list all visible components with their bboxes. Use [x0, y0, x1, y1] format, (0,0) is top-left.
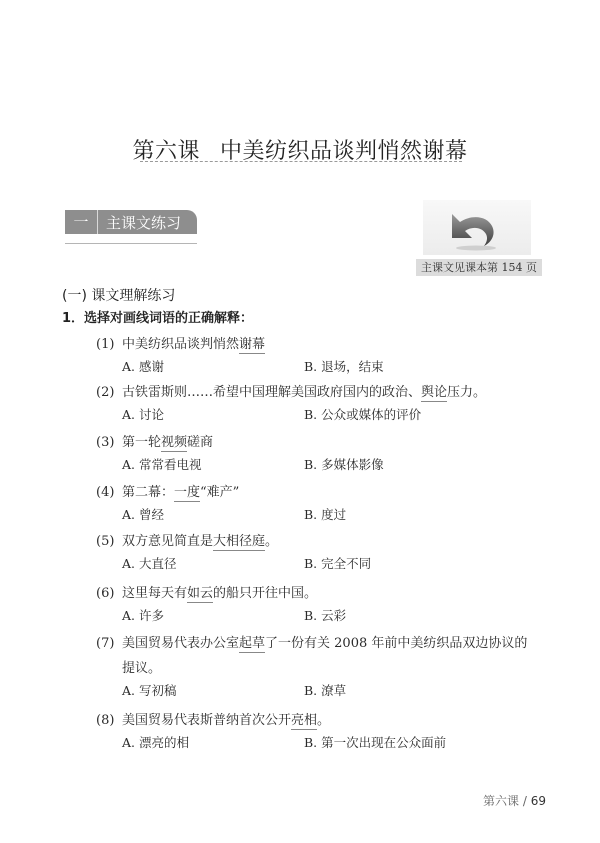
question-item-3: (3)第一轮视频磋商 A. 常常看电视B. 多媒体影像 [96, 431, 213, 473]
underlined-term: 大相径庭 [213, 534, 265, 551]
option-a[interactable]: A. 写初稿 [122, 681, 176, 699]
underlined-term: 谢幕 [239, 337, 265, 354]
question-item-6: (6)这里每天有如云的船只开往中国。 A. 许多B. 云彩 [96, 582, 317, 624]
section-divider [65, 243, 197, 244]
exercise-subheading: (一) 课文理解练习 [62, 285, 175, 305]
underlined-term: 一度 [174, 485, 200, 502]
item-text: 第二幕： [122, 485, 174, 500]
question-item-4: (4)第二幕：一度“难产” A. 曾经B. 度过 [96, 481, 239, 523]
option-a[interactable]: A. 大直径 [122, 554, 176, 572]
option-a[interactable]: A. 漂亮的相 [122, 733, 189, 751]
reference-page-label: 主课文见课本第 154 页 [416, 259, 542, 276]
section-tab: 一 主课文练习 [65, 210, 197, 234]
section-number: 一 [65, 210, 98, 234]
item-text: 。 [265, 534, 278, 549]
question-item-8: (8)美国贸易代表斯普纳首次公开亮相。 A. 漂亮的相B. 第一次出现在公众面前 [96, 709, 330, 751]
underlined-term: 起草 [239, 636, 265, 653]
item-number: (8) [96, 713, 122, 728]
option-b[interactable]: B. 度过 [304, 505, 346, 523]
item-text: 古铁雷斯则……希望中国理解美国政府国内的政治、 [122, 385, 421, 400]
option-b[interactable]: B. 公众或媒体的评价 [304, 405, 421, 423]
underlined-term: 亮相 [291, 713, 317, 730]
item-text: 美国贸易代表斯普纳首次公开 [122, 713, 291, 728]
item-text: 中美纺织品谈判悄然 [122, 337, 239, 352]
question-item-5: (5)双方意见简直是大相径庭。 A. 大直径B. 完全不同 [96, 530, 278, 572]
footer-lesson: 第六课 [483, 794, 519, 808]
item-number: (5) [96, 534, 122, 549]
section-label: 主课文练习 [98, 212, 181, 233]
question-item-2: (2)古铁雷斯则……希望中国理解美国政府国内的政治、舆论压力。 A. 讨论B. … [96, 381, 486, 423]
item-text: 压力。 [447, 385, 486, 400]
underlined-term: 如云 [187, 586, 213, 603]
item-number: (7) [96, 636, 122, 651]
option-b[interactable]: B. 云彩 [304, 606, 346, 624]
item-number: (2) [96, 385, 122, 400]
item-text: 这里每天有 [122, 586, 187, 601]
option-a[interactable]: A. 许多 [122, 606, 164, 624]
option-b[interactable]: B. 退场，结束 [304, 357, 384, 375]
option-a[interactable]: A. 讨论 [122, 405, 164, 423]
item-text: 磋商 [187, 435, 213, 450]
question-item-1: (1)中美纺织品谈判悄然谢幕 A. 感谢B. 退场，结束 [96, 333, 265, 375]
item-number: (6) [96, 586, 122, 601]
question-instruction: 1．选择对画线词语的正确解释： [62, 307, 253, 326]
option-a[interactable]: A. 常常看电视 [122, 455, 201, 473]
item-text: “难产” [200, 485, 239, 500]
item-number: (1) [96, 337, 122, 352]
underlined-term: 舆论 [421, 385, 447, 402]
page-number: 69 [531, 794, 546, 808]
question-item-7: (7)美国贸易代表办公室起草了一份有关 2008 年前中美纺织品双边协议的 提议… [96, 632, 527, 699]
page-footer: 第六课 / 69 [483, 792, 546, 809]
item-text: 的船只开往中国。 [213, 586, 317, 601]
option-b[interactable]: B. 潦草 [304, 681, 346, 699]
item-text: 第一轮 [122, 435, 161, 450]
footer-separator: / [519, 794, 531, 808]
underlined-term: 视频 [161, 435, 187, 452]
option-b[interactable]: B. 多媒体影像 [304, 455, 384, 473]
item-text: 双方意见简直是 [122, 534, 213, 549]
item-text: 美国贸易代表办公室 [122, 636, 239, 651]
option-a[interactable]: A. 感谢 [122, 357, 164, 375]
item-number: (3) [96, 435, 122, 450]
item-text: 了一份有关 2008 年前中美纺织品双边协议的 [265, 636, 527, 651]
item-number: (4) [96, 485, 122, 500]
option-a[interactable]: A. 曾经 [122, 505, 164, 523]
item-text-continued: 提议。 [122, 657, 527, 676]
option-b[interactable]: B. 完全不同 [304, 554, 371, 572]
option-b[interactable]: B. 第一次出现在公众面前 [304, 733, 446, 751]
item-text: 。 [317, 713, 330, 728]
return-arrow-icon [448, 208, 500, 252]
title-dashed-divider [140, 161, 462, 162]
